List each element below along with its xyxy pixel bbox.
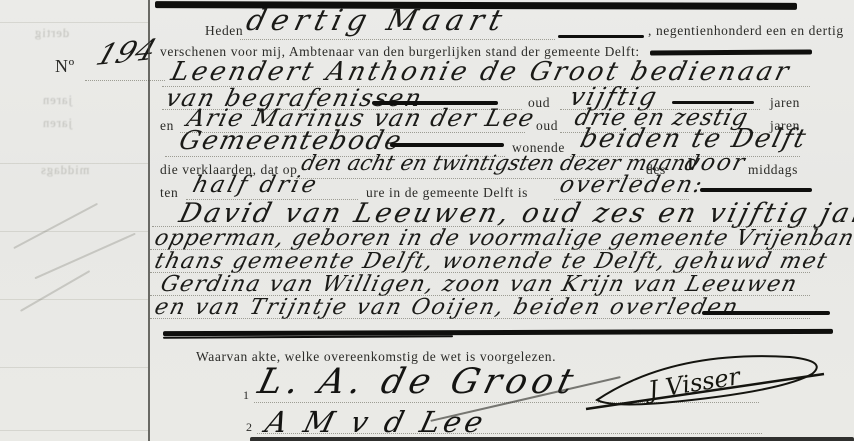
declarant1-name: Leendert Anthonie de Groot bedienaar [168, 57, 795, 87]
signature2-number: 2 [246, 420, 253, 435]
ghost-line [0, 299, 148, 300]
ghost-line [0, 367, 148, 368]
dotted-fill-line [150, 318, 810, 319]
act-number-label: Nº [55, 56, 75, 77]
deceased-line2: opperman, geboren in de voormalige gemee… [152, 226, 854, 251]
margin-rule [148, 0, 150, 441]
bleedthrough-text: jaren [42, 116, 72, 131]
signature-declarant2: A M v d Lee [262, 405, 491, 439]
section-divider-line [163, 335, 453, 339]
deceased-line3: thans gemeente Delft, wonende te Delft, … [152, 249, 831, 274]
pencil-mark [13, 203, 98, 249]
death-certificate-scan: dertig jaren jaren middags Nº 194 Heden … [0, 0, 854, 441]
overleden-word: overleden: [557, 172, 707, 198]
death-time: half drie [190, 172, 322, 198]
section-divider-line [163, 329, 833, 336]
printed-middags: middags [748, 162, 798, 178]
scan-edge-bar [250, 437, 854, 441]
dotted-fill-line [85, 80, 165, 81]
bleedthrough-text: jaren [42, 93, 72, 108]
deceased-line1: David van Leeuwen, oud zes en vijftig ja… [176, 198, 854, 229]
bleedthrough-text: middags [40, 163, 89, 178]
printed-ten: ten [160, 185, 178, 201]
printed-year: , negentienhonderd een en dertig [648, 23, 844, 39]
ink-strike-line [390, 143, 504, 147]
signature1-number: 1 [243, 388, 250, 403]
ghost-line [0, 22, 148, 23]
registrar-signature-text: J Visser [642, 362, 744, 405]
pencil-mark [20, 270, 90, 311]
ghost-line [0, 430, 148, 431]
ink-strike-line [650, 49, 812, 55]
ink-strike-line [672, 101, 754, 104]
printed-en: en [160, 118, 174, 134]
bleedthrough-text: dertig [34, 26, 69, 41]
ink-strike-line [558, 35, 644, 38]
deceased-line5: en van Trijntje van Ooijen, beiden overl… [152, 295, 742, 320]
ghost-line [0, 231, 148, 232]
dotted-fill-line [240, 39, 555, 40]
printed-jaren: jaren [770, 95, 800, 111]
handwritten-date: dertig Maart [243, 3, 512, 37]
ink-strike-line [702, 311, 830, 315]
ink-strike-line [700, 188, 812, 192]
printed-oud: oud [536, 118, 558, 134]
deceased-line4: Gerdina van Willigen, zoon van Krijn van… [158, 272, 801, 297]
printed-heden: Heden [205, 23, 243, 39]
act-number: 194 [92, 32, 161, 72]
registrar-signature: J Visser [582, 348, 832, 412]
